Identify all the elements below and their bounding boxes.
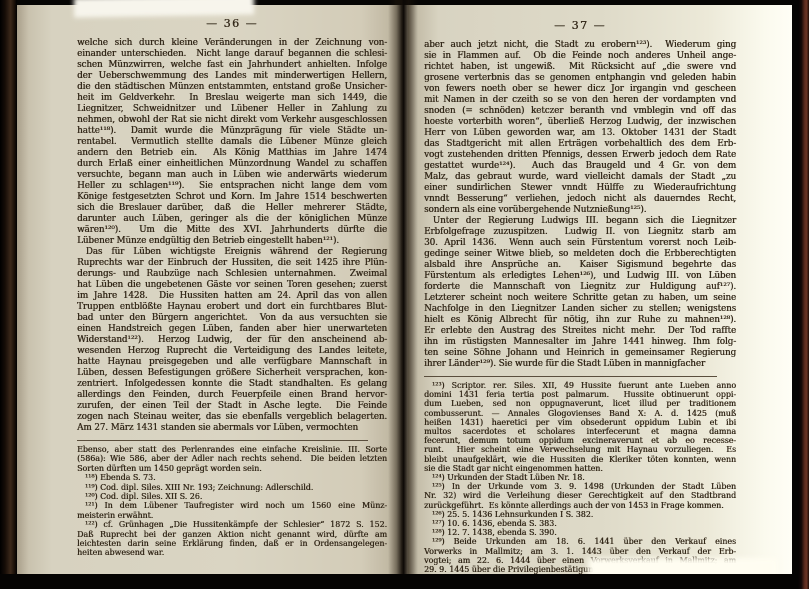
body-line: Malz, das gebraut wurde, ward vielleicht…	[424, 172, 736, 183]
footnote-line: ¹²⁹) Beide Urkunden am 18. 6. 1441 über …	[424, 537, 736, 546]
body-line: zogen nach Steinau weiter, das sie ebenf…	[77, 412, 387, 423]
footnote: ¹²¹) In dem Lübener Taufregister wird no…	[77, 501, 387, 520]
page-36-body: welche sich durch kleine Veränderungen i…	[77, 38, 387, 434]
footnote-line: heiten abwesend war.	[77, 548, 387, 557]
body-line: forderte die Mannschaft von Liegnitz zur…	[424, 282, 736, 293]
footnote-line: ¹¹⁸) Ebenda S. 73.	[77, 473, 387, 482]
body-line: hat Lüben die ungebetenen Gäste vor sein…	[77, 280, 387, 291]
body-line: hatte Haynau preisgegeben und alle verfü…	[77, 357, 387, 368]
body-line: Nachfolge in den Liegnitzer Landen siche…	[424, 304, 736, 315]
body-paragraph: Unter der Regierung Ludwigs III. begann …	[424, 216, 736, 370]
body-line: der Ueberschwemmung des Landes mit minde…	[77, 71, 387, 82]
body-line: zentriert. Infolgedessen konnte die Stad…	[77, 379, 387, 390]
body-line: gestattet wurde¹²⁴). Auch das Braugeld u…	[424, 161, 736, 172]
page-36: — 36 — welche sich durch kleine Veränder…	[17, 5, 408, 575]
footnote-line: multos sacerdotes et scholares interfece…	[424, 427, 736, 436]
body-paragraph: Das für Lüben wichtigste Ereignis währen…	[77, 247, 387, 434]
body-line: von fewers noeth ober se hewer dicz Jor …	[424, 84, 736, 95]
body-line: Am 27. März 1431 standen sie abermals vo…	[77, 423, 387, 434]
body-line: Herr von Lüben geworden war, am 13. Okto…	[424, 128, 736, 139]
body-line: Fürstentum als erledigtes Lehen¹²⁶), und…	[424, 271, 736, 282]
body-line: einen Handstreich gegen Lüben, fanden ab…	[77, 324, 387, 335]
page-37-content: — 37 — aber auch jetzt nicht, die Stadt …	[424, 19, 736, 574]
page-number-left: — 36 —	[77, 17, 387, 30]
footnote: ¹¹⁹) Cod. dipl. Siles. XIII Nr. 193; Zei…	[77, 483, 387, 492]
book-spine-edge	[0, 0, 17, 589]
footnote: ¹²⁶) 25. 5. 1436 Lehnsurkunden I S. 382.	[424, 510, 736, 519]
page-37-body: aber auch jetzt nicht, die Stadt zu erob…	[424, 40, 736, 370]
body-line: durch Erlaß einer einheitlichen Münzordn…	[77, 159, 387, 170]
footnote-line: runt. Hier scheint eine Verwechselung mi…	[424, 445, 736, 454]
body-line: gedinge seiner Witwe blieb, so meldeten …	[424, 249, 736, 260]
body-line: Truppen entblößte Haynau erobert und dor…	[77, 302, 387, 313]
body-line: das Stadtgericht mit allen Erträgen vorb…	[424, 139, 736, 150]
body-line: allerdings den Feinden, durch Feuerpfeil…	[77, 390, 387, 401]
footnote-line: (586a): Wie 586, aber der Adler nach rec…	[77, 454, 387, 463]
footnote-line: ¹²²) cf. Grünhagen „Die Hussitenkämpfe d…	[77, 520, 387, 529]
footnote-line: domini 1431 feria tertia post palmarum. …	[424, 390, 736, 399]
body-line: Erbfolgefrage zuzuspitzen. Ludwig II. vo…	[424, 227, 736, 238]
page-number-right: — 37 —	[424, 19, 736, 32]
body-paragraph: aber auch jetzt nicht, die Stadt zu erob…	[424, 40, 736, 216]
footnote: ¹²⁸) 12. 7. 1438, ebenda S. 390.	[424, 528, 736, 537]
body-line: vogt zustehenden dritten Pfennigs, desse…	[424, 150, 736, 161]
footnote-line: leichtesten darin seine Erklärung finden…	[77, 539, 387, 548]
body-line: Widerstand¹²²). Herzog Ludwig, der für d…	[77, 335, 387, 346]
footnote-line: zurückgeführt. Es könnte allerdings auch…	[424, 501, 736, 510]
body-line: Letzterer scheint noch weitere Schritte …	[424, 293, 736, 304]
body-line: einander unterschieden. Nicht lange dara…	[77, 49, 387, 60]
book-cover-edge	[798, 0, 809, 589]
body-line: welche sich durch kleine Veränderungen i…	[77, 38, 387, 49]
footnote-line: Vorwerks in Mallmitz; am 3. 1. 1443 über…	[424, 547, 736, 556]
body-line: zurufen, der einen Teil der Stadt in Asc…	[77, 401, 387, 412]
footnote-line: ¹²⁷) 10. 6. 1436, ebenda S. 383.	[424, 519, 736, 528]
footnote: ¹²³) Scriptor. rer. Siles. XII, 49 Hussi…	[424, 381, 736, 473]
body-line: sich die Breslauer darüber, daß die Hell…	[77, 203, 387, 214]
body-line: alsbald ihre Ansprüche an. Kaiser Sigism…	[424, 260, 736, 271]
footnote-line: Sorten dürften um 1450 geprägt worden se…	[77, 464, 387, 473]
body-line: wesenden Herzog Ruprecht die Verteidigun…	[77, 346, 387, 357]
body-line: andern den Betrieb ein. Als König Matthi…	[77, 148, 387, 159]
footnote: ¹²⁵) In der Urkunde vom 3. 9. 1498 (Urku…	[424, 482, 736, 510]
body-line: ihn im rüstigsten Mannesalter im Jahre 1…	[424, 337, 736, 348]
footnote-line: ¹²⁵) In der Urkunde vom 3. 9. 1498 (Urku…	[424, 482, 736, 491]
body-line: ihrer Länder¹²⁹). Sie wurde für die Stad…	[424, 359, 736, 370]
body-line: Das für Lüben wichtigste Ereignis währen…	[77, 247, 387, 258]
body-line: Liegnitzer, Schweidnitzer und Lübener He…	[77, 104, 387, 115]
footnote-line: ¹²⁴) Urkunden der Stadt Lüben Nr. 18.	[424, 473, 736, 482]
body-line: ten seine Söhne Johann und Heinrich in g…	[424, 348, 736, 359]
body-line: rentabel. Vermutlich stellte damals die …	[77, 137, 387, 148]
page-37-footnotes: ¹²³) Scriptor. rer. Siles. XII, 49 Hussi…	[424, 381, 736, 574]
body-line: heit im Geldverkehr. In Breslau weigerte…	[77, 93, 387, 104]
body-line: Lübener Münze endgültig den Betrieb eing…	[77, 236, 387, 247]
body-line: mit Namen in der czeith so se von den he…	[424, 95, 736, 106]
footnote: ¹²⁴) Urkunden der Stadt Lüben Nr. 18.	[424, 473, 736, 482]
body-line: richtet haben, ist ungewiß. Mit Rücksich…	[424, 62, 736, 73]
footnote-line: Daß Ruprecht bei der ganzen Aktion nicht…	[77, 530, 387, 539]
footnote-line: fecerunt, demum totum oppidum excinerave…	[424, 436, 736, 445]
footnote-line: dum Lueben, sed non oppugnaverunt, licet…	[424, 399, 736, 408]
footnote-separator	[77, 440, 368, 441]
footnote: ¹²⁰) Cod. dipl. Siles. XII S. 26.	[77, 492, 387, 501]
footnote: ¹¹⁸) Ebenda S. 73.	[77, 473, 387, 482]
footnote-line: heißen 1431) haeretici per vim obsederun…	[424, 418, 736, 427]
body-line: aber auch jetzt nicht, die Stadt zu erob…	[424, 40, 736, 51]
footnote-separator	[424, 376, 717, 377]
body-line: darunter auch Lüben, geringer als die de…	[77, 214, 387, 225]
body-line: Ruprechts war der Einbruch der Hussiten,…	[77, 258, 387, 269]
body-line: Heller zu schlagen¹¹⁹). Sie entsprachen …	[77, 181, 387, 192]
footnote: Ebenso, aber statt des Perlenrandes eine…	[77, 445, 387, 473]
footnote-line: bleibt unaufgeklärt, wie die Hussiten di…	[424, 455, 736, 464]
body-line: Unter der Regierung Ludwigs III. begann …	[424, 216, 736, 227]
body-line: versuchte, begann man auch in Lüben wie …	[77, 170, 387, 181]
footnote-line: Ebenso, aber statt des Perlenrandes eine…	[77, 445, 387, 454]
body-line: sondern als eine vorübergehende Nutznieß…	[424, 205, 736, 216]
body-line: Lüben, dessen Befestigungen größere Sich…	[77, 368, 387, 379]
footnote-line: sie die Stadt gar nicht eingenommen hatt…	[424, 464, 736, 473]
body-line: derungs- und Raubzüge nach Schlesien unt…	[77, 269, 387, 280]
footnote-line: ¹²¹) In dem Lübener Taufregister wird no…	[77, 501, 387, 510]
body-line: Könige festgesetzten Schrot und Korn. Im…	[77, 192, 387, 203]
body-line: die den städtischen Münzen entstammten, …	[77, 82, 387, 93]
footnote: ¹²⁷) 10. 6. 1436, ebenda S. 383.	[424, 519, 736, 528]
body-line: hoeste vorterbith woren“, überließ Herzo…	[424, 117, 736, 128]
body-line: im Jahre 1428. Die Hussiten hatten am 24…	[77, 291, 387, 302]
body-line: 30. April 1436. Wenn auch sein Fürstentu…	[424, 238, 736, 249]
body-line: vnndt Besserung“ verliehen, jedoch nicht…	[424, 194, 736, 205]
footnote-line: Nr. 32) wird die Verleihung dieser Gerec…	[424, 491, 736, 500]
body-line: sie in Flammen auf. Ob die Feinde noch a…	[424, 51, 736, 62]
body-line: schen Münzwirren, welche fast ein Jahrhu…	[77, 60, 387, 71]
page-36-content: — 36 — welche sich durch kleine Veränder…	[77, 17, 387, 558]
body-line: nehmen, obwohl der Rat sie nicht direkt …	[77, 115, 387, 126]
footnote-line: ¹²⁶) 25. 5. 1436 Lehnsurkunden I S. 382.	[424, 510, 736, 519]
footnote-line: meisterin erwähnt.	[77, 511, 387, 520]
body-line: hielt es König Albrecht für nötig, ihn z…	[424, 315, 736, 326]
body-line: wären¹²⁰). Um die Mitte des XVI. Jahrhun…	[77, 225, 387, 236]
footnote-line: ¹²⁸) 12. 7. 1438, ebenda S. 390.	[424, 528, 736, 537]
footnote-line: combusserunt. — Annales Glogovienses Ban…	[424, 409, 736, 418]
body-line: Er erlebte den Austrag des Streites nich…	[424, 326, 736, 337]
body-line: grosene verterbnis das se genomen entpha…	[424, 73, 736, 84]
book-photo: — 36 — welche sich durch kleine Veränder…	[0, 0, 809, 589]
body-line: snoden (= schnöden) ketczer beranth vnd …	[424, 106, 736, 117]
page-36-footnotes: Ebenso, aber statt des Perlenrandes eine…	[77, 445, 387, 558]
photo-bottom-shadow	[0, 574, 809, 589]
footnote-line: ¹²⁰) Cod. dipl. Siles. XII S. 26.	[77, 492, 387, 501]
body-line: bad unter den Bürgern angerichtet. Von d…	[77, 313, 387, 324]
body-line: einer sundirlichen Stewer vnndt Hülffe z…	[424, 183, 736, 194]
page-37: — 37 — aber auch jetzt nicht, die Stadt …	[408, 5, 792, 575]
footnote: ¹²²) cf. Grünhagen „Die Hussitenkämpfe d…	[77, 520, 387, 558]
footnote-line: ¹²³) Scriptor. rer. Siles. XII, 49 Hussi…	[424, 381, 736, 390]
footnote-line: ¹¹⁹) Cod. dipl. Siles. XIII Nr. 193; Zei…	[77, 483, 387, 492]
body-line: hatte¹¹⁸). Damit wurde die Münzprägung f…	[77, 126, 387, 137]
body-paragraph: welche sich durch kleine Veränderungen i…	[77, 38, 387, 247]
